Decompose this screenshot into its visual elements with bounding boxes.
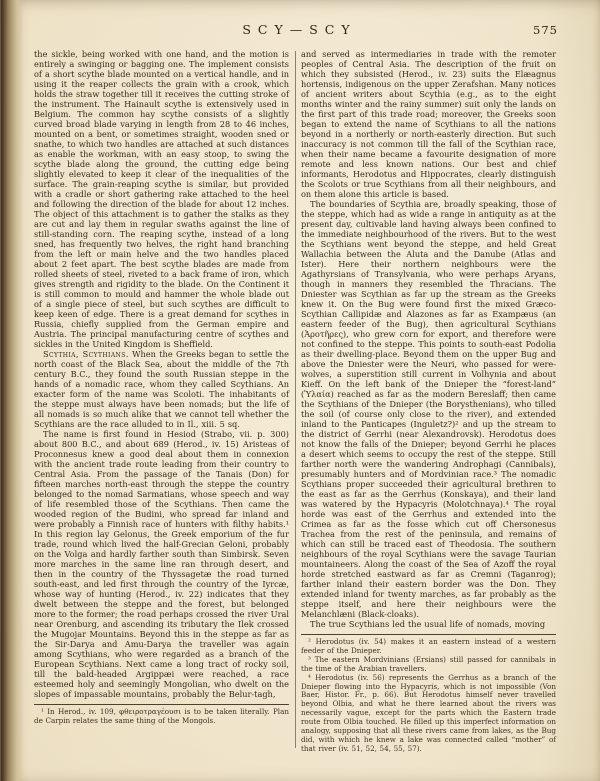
- paragraph-sickle-scythe: the sickle, being worked with one hand, …: [34, 49, 289, 349]
- column-divider: [295, 51, 296, 748]
- running-head: SCY—SCY 575: [34, 22, 558, 40]
- footnote-1: ¹ In Herod., iv. 109, φθειροτραγέουσι is…: [34, 708, 289, 726]
- footnote-2: ² Herodotus (iv. 54) makes it an eastern…: [301, 638, 556, 656]
- book-binding-edge: [0, 0, 24, 781]
- left-column: the sickle, being worked with one hand, …: [34, 49, 289, 754]
- paragraph-boundaries: The boundaries of Scythia are, broadly s…: [301, 199, 556, 619]
- paragraph-scythia-entry: Scythia, Scythians. When the Greeks bega…: [34, 349, 289, 429]
- page-number: 575: [533, 23, 558, 37]
- paragraph-trade-intermediaries: and served as intermediaries in trade wi…: [301, 49, 556, 199]
- footnote-4: ⁴ Herodotus (iv. 56) represents the Gerr…: [301, 674, 556, 754]
- book-page: SCY—SCY 575 the sickle, being worked wit…: [0, 0, 600, 781]
- paragraph-name-origin: The name is first found in Hesiod (Strab…: [34, 429, 289, 699]
- entry-heading: Scythia, Scythians.: [43, 349, 129, 359]
- page-content: SCY—SCY 575 the sickle, being worked wit…: [34, 22, 558, 754]
- text-columns: the sickle, being worked with one hand, …: [34, 49, 558, 754]
- entry-heading-body: When the Greeks began to settle the nort…: [34, 349, 289, 429]
- footnote-rule-left: [34, 704, 289, 705]
- running-head-title: SCY—SCY: [34, 22, 558, 37]
- paragraph-nomad-life: The true Scythians led the usual life of…: [301, 619, 556, 629]
- right-column: and served as intermediaries in trade wi…: [301, 49, 556, 754]
- footnote-rule-right: [301, 634, 556, 635]
- footnote-3: ³ The eastern Mordvinians (Ersians) stil…: [301, 656, 556, 674]
